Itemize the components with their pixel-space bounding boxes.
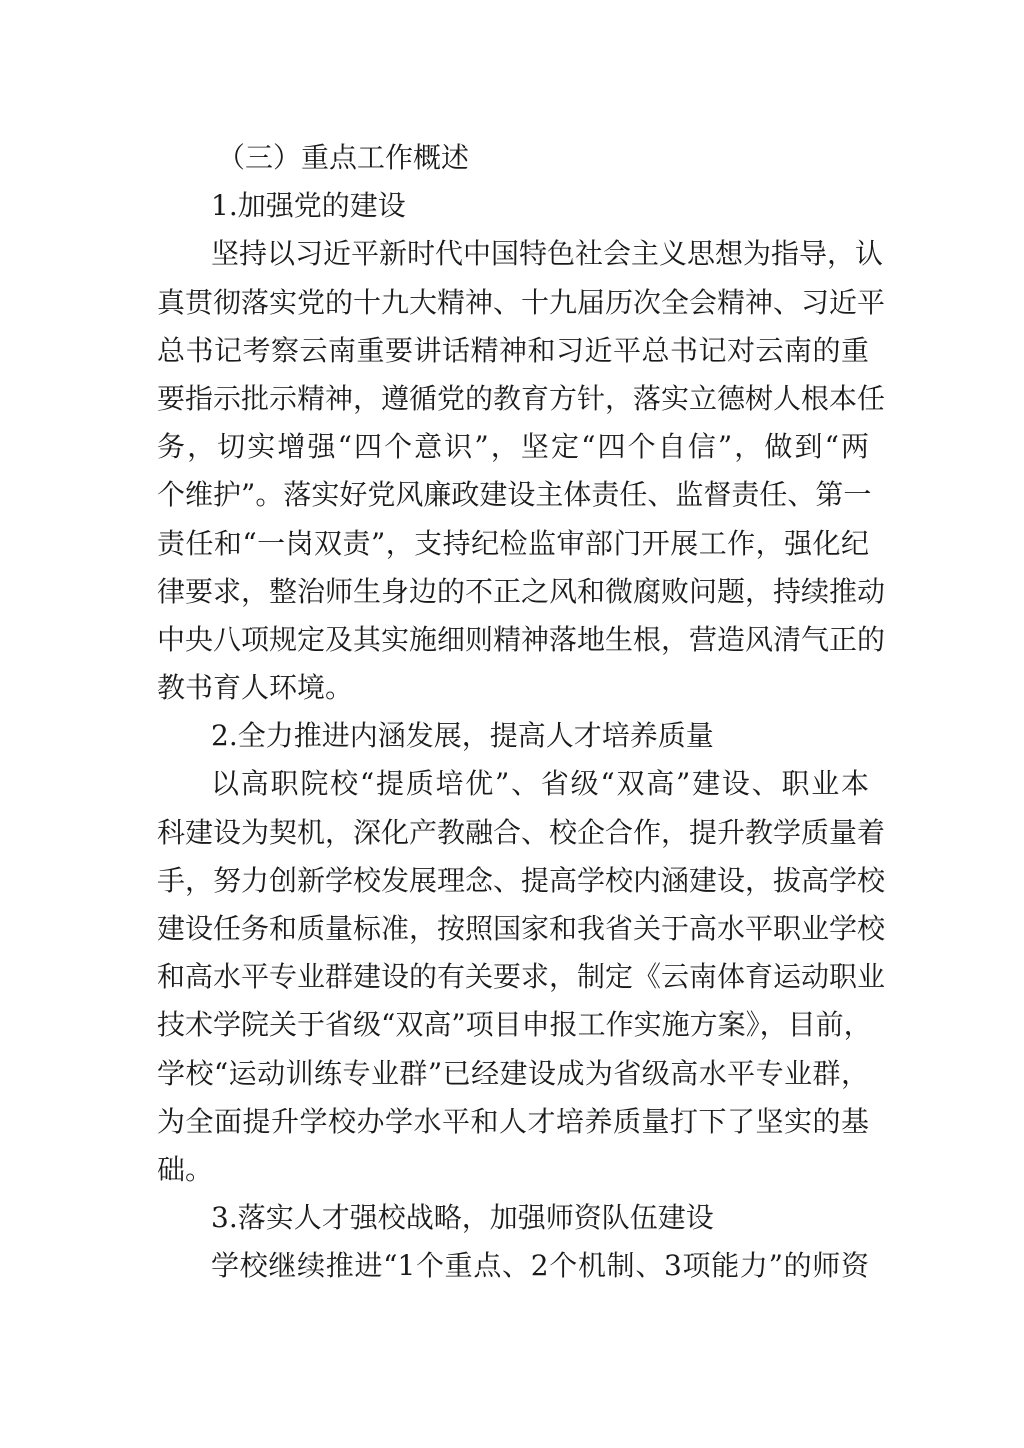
paragraph-line: 责任和“一岗双责”，支持纪检监审部门开展工作，强化纪 (157, 520, 869, 568)
paragraph-line: 坚持以习近平新时代中国特色社会主义思想为指导，认 (157, 230, 869, 278)
section-heading: （三）重点工作概述 (157, 134, 869, 182)
paragraph-line: 个维护”。落实好党风廉政建设主体责任、监督责任、第一 (157, 471, 869, 519)
paragraph-line: 础。 (157, 1146, 869, 1194)
paragraph-line: 真贯彻落实党的十九大精神、十九届历次全会精神、习近平 (157, 279, 869, 327)
paragraph-line: 律要求，整治师生身边的不正之风和微腐败问题，持续推动 (157, 568, 869, 616)
paragraph-line: 技术学院关于省级“双高”项目申报工作实施方案》，目前， (157, 1001, 869, 1049)
paragraph-line: 务，切实增强“四个意识”，坚定“四个自信”，做到“两 (157, 423, 869, 471)
paragraph-line: 为全面提升学校办学水平和人才培养质量打下了坚实的基 (157, 1098, 869, 1146)
item-heading-2: 2.全力推进内涵发展，提高人才培养质量 (157, 712, 869, 760)
paragraph-line: 中央八项规定及其实施细则精神落地生根，营造风清气正的 (157, 616, 869, 664)
paragraph-line: 手，努力创新学校发展理念、提高学校内涵建设，拔高学校 (157, 857, 869, 905)
paragraph-line: 科建设为契机，深化产教融合、校企合作，提升教学质量着 (157, 809, 869, 857)
paragraph-line: 学校“运动训练专业群”已经建设成为省级高水平专业群， (157, 1050, 869, 1098)
paragraph-line: 建设任务和质量标准，按照国家和我省关于高水平职业学校 (157, 905, 869, 953)
paragraph-line: 学校继续推进“1个重点、2个机制、3项能力”的师资 (157, 1242, 869, 1290)
paragraph-line: 教书育人环境。 (157, 664, 869, 712)
paragraph-line: 以高职院校“提质培优”、省级“双高”建设、职业本 (157, 760, 869, 808)
item-heading-1: 1.加强党的建设 (157, 182, 869, 230)
paragraph-line: 和高水平专业群建设的有关要求，制定《云南体育运动职业 (157, 953, 869, 1001)
document-page: （三）重点工作概述 1.加强党的建设 坚持以习近平新时代中国特色社会主义思想为指… (157, 134, 869, 1291)
item-heading-3: 3.落实人才强校战略，加强师资队伍建设 (157, 1194, 869, 1242)
paragraph-line: 要指示批示精神，遵循党的教育方针，落实立德树人根本任 (157, 375, 869, 423)
paragraph-line: 总书记考察云南重要讲话精神和习近平总书记对云南的重 (157, 327, 869, 375)
